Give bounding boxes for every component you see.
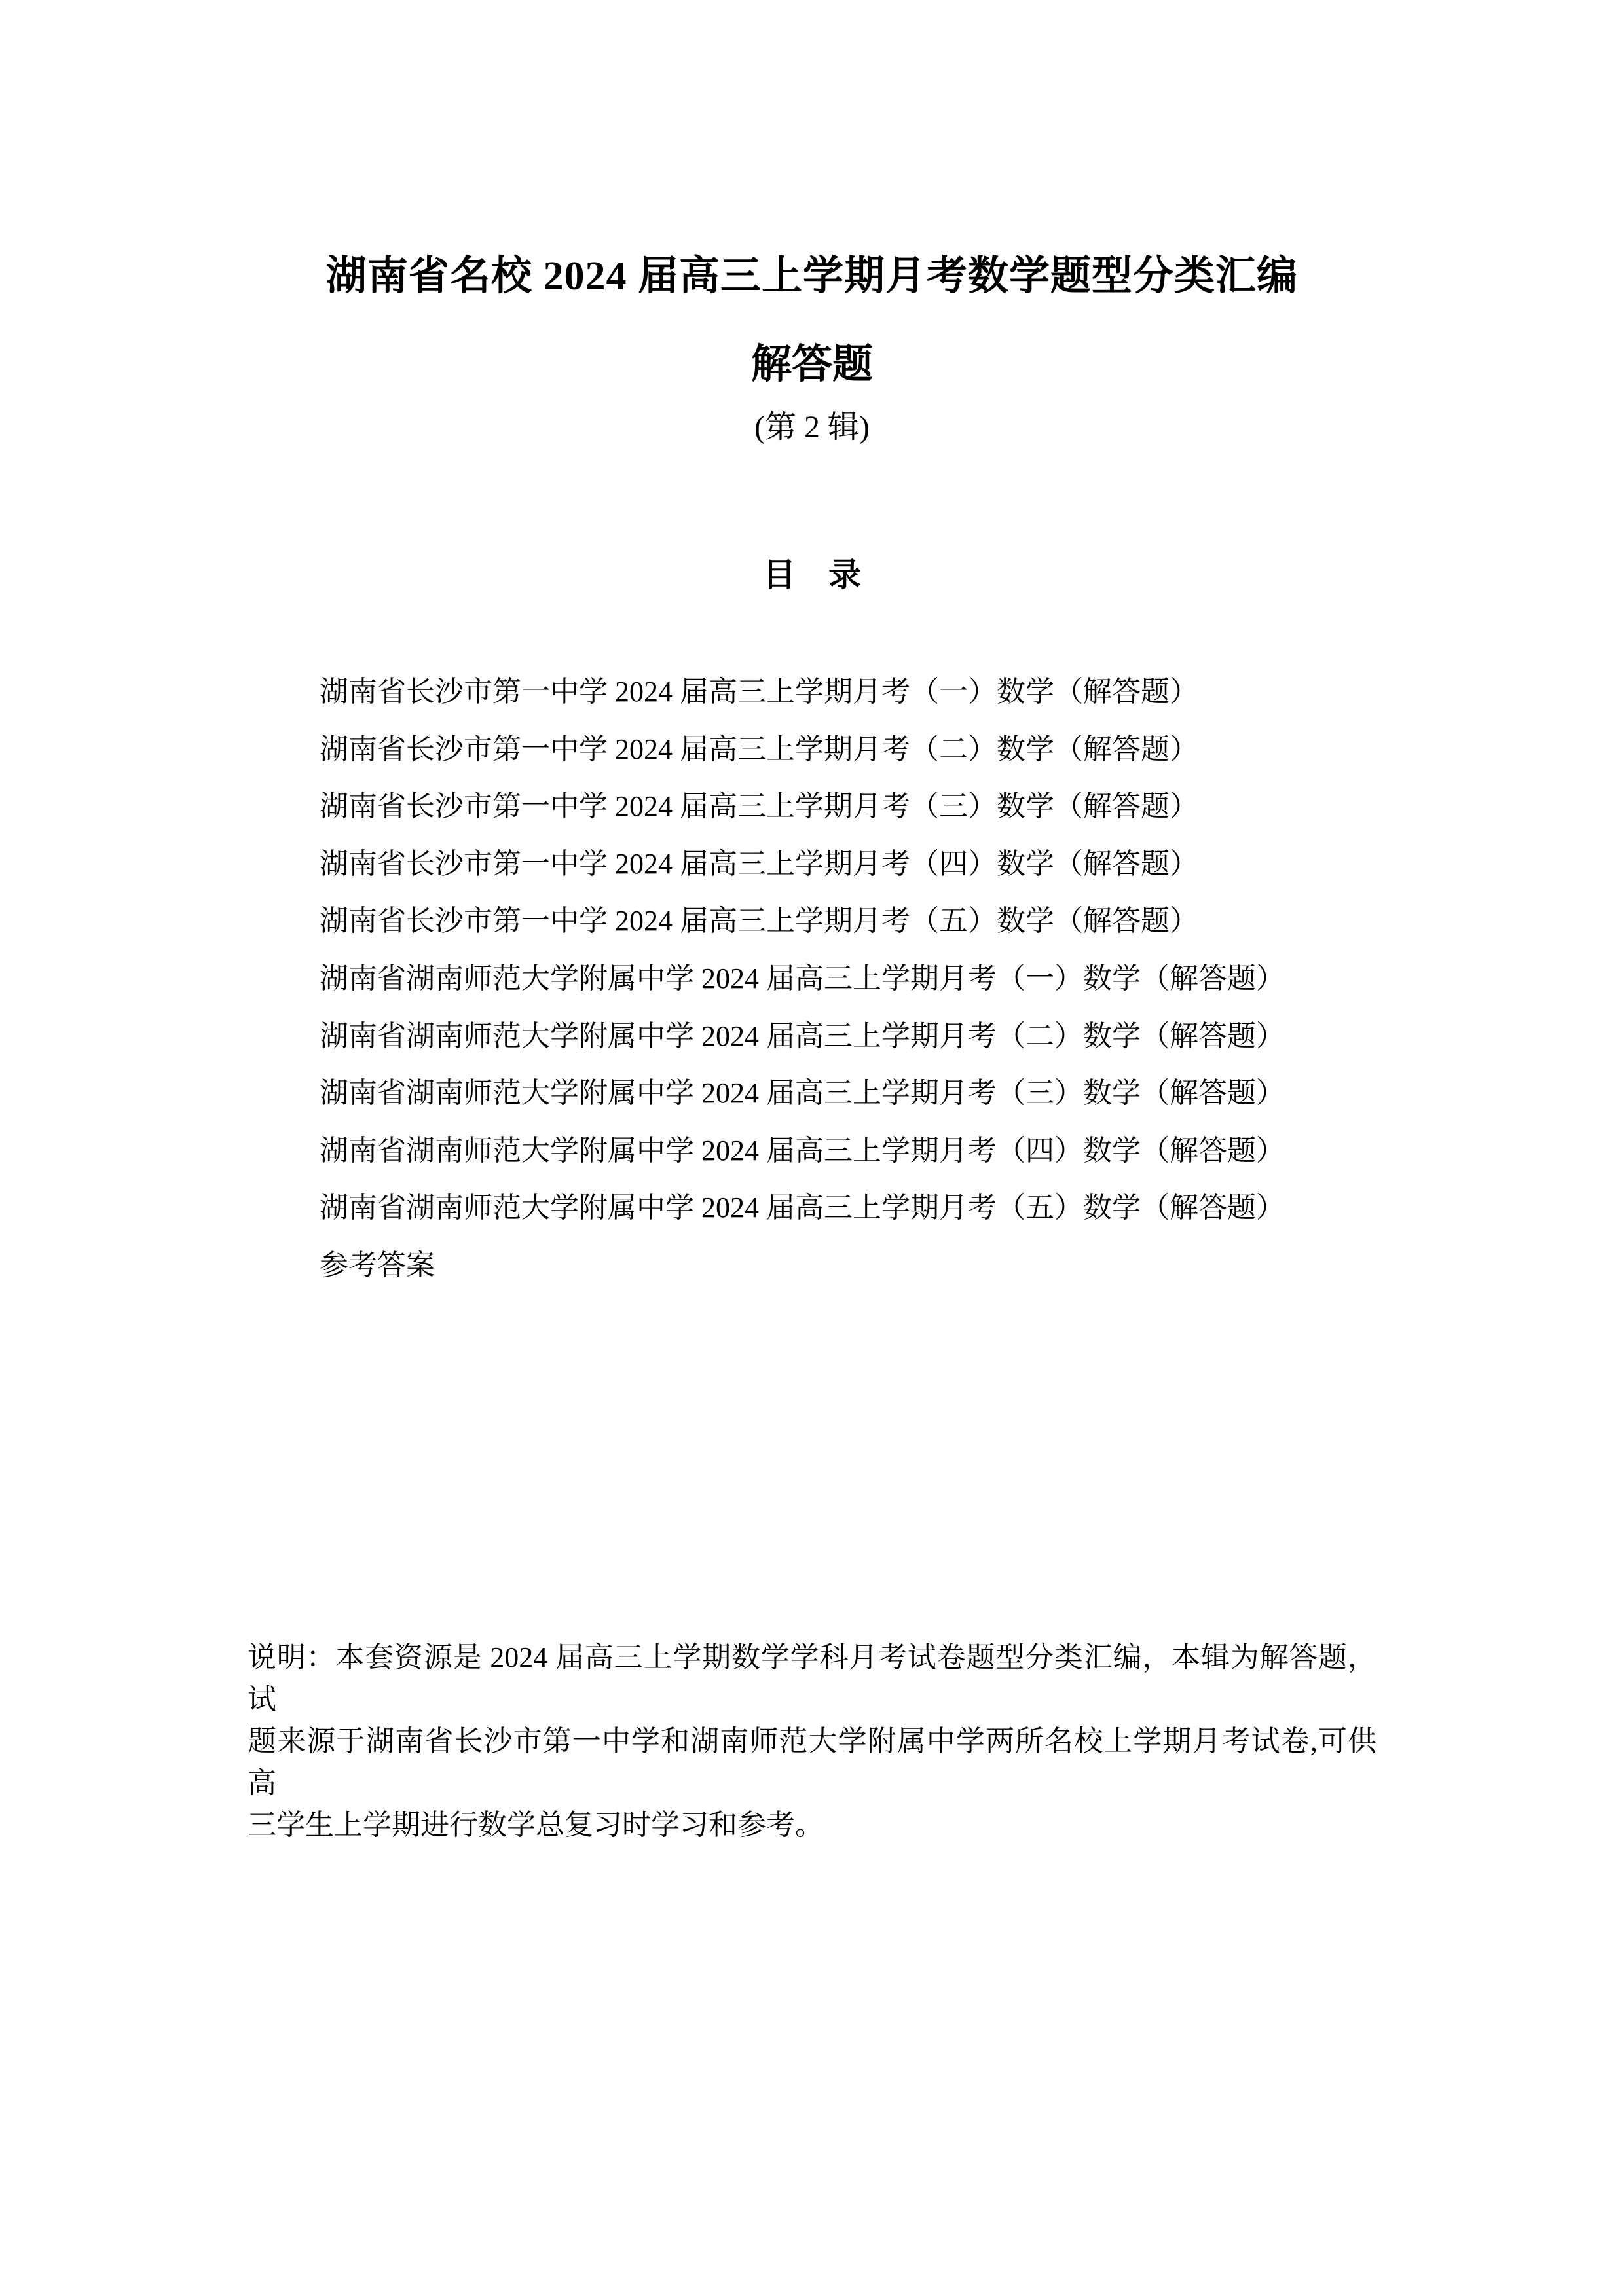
toc-item-shida-2: 湖南省湖南师范大学附属中学 2024 届高三上学期月考（二）数学（解答题） (320, 1008, 1285, 1065)
toc-heading: 目 录 (0, 558, 1624, 591)
toc-item-shida-1: 湖南省湖南师范大学附属中学 2024 届高三上学期月考（一）数学（解答题） (320, 950, 1285, 1008)
toc-item-changsha-5: 湖南省长沙市第一中学 2024 届高三上学期月考（五）数学（解答题） (320, 892, 1285, 950)
toc-item-shida-3: 湖南省湖南师范大学附属中学 2024 届高三上学期月考（三）数学（解答题） (320, 1065, 1285, 1122)
document-title: 湖南省名校 2024 届高三上学期月考数学题型分类汇编 (0, 256, 1624, 297)
toc-item-changsha-1: 湖南省长沙市第一中学 2024 届高三上学期月考（一）数学（解答题） (320, 663, 1285, 721)
toc-item-shida-4: 湖南省湖南师范大学附属中学 2024 届高三上学期月考（四）数学（解答题） (320, 1122, 1285, 1180)
note-paragraph: 说明：本套资源是 2024 届高三上学期数学学科月考试卷题型分类汇编，本辑为解答… (248, 1637, 1376, 1846)
note-line-3: 三学生上学期进行数学总复习时学习和参考。 (248, 1804, 1376, 1846)
document-subtitle: 解答题 (0, 344, 1624, 385)
note-line-1: 说明：本套资源是 2024 届高三上学期数学学科月考试卷题型分类汇编，本辑为解答… (248, 1637, 1376, 1721)
toc-list: 湖南省长沙市第一中学 2024 届高三上学期月考（一）数学（解答题） 湖南省长沙… (320, 663, 1285, 1294)
document-page: 湖南省名校 2024 届高三上学期月考数学题型分类汇编 解答题 (第 2 辑) … (0, 0, 1624, 2296)
toc-item-changsha-3: 湖南省长沙市第一中学 2024 届高三上学期月考（三）数学（解答题） (320, 778, 1285, 835)
toc-item-shida-5: 湖南省湖南师范大学附属中学 2024 届高三上学期月考（五）数学（解答题） (320, 1179, 1285, 1237)
toc-item-changsha-4: 湖南省长沙市第一中学 2024 届高三上学期月考（四）数学（解答题） (320, 835, 1285, 893)
toc-item-changsha-2: 湖南省长沙市第一中学 2024 届高三上学期月考（二）数学（解答题） (320, 721, 1285, 778)
note-line-2: 题来源于湖南省长沙市第一中学和湖南师范大学附属中学两所名校上学期月考试卷,可供高 (248, 1721, 1376, 1804)
edition-label: (第 2 辑) (0, 412, 1624, 443)
toc-item-answers: 参考答案 (320, 1237, 1285, 1294)
